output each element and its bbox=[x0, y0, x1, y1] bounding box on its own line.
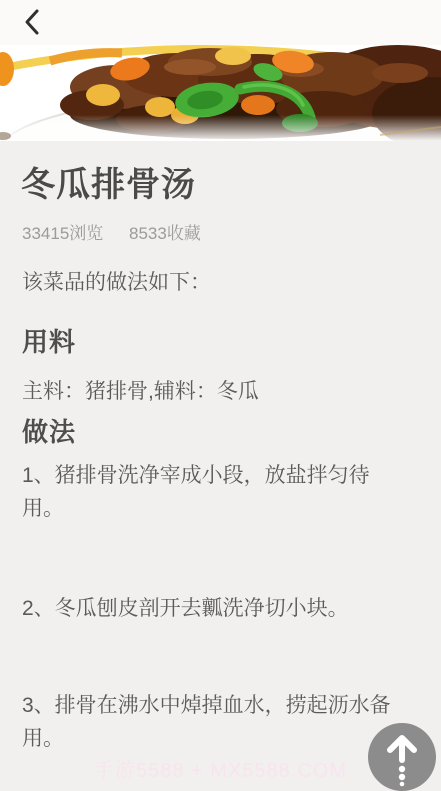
dish-photo bbox=[0, 45, 441, 141]
recipe-screen: 冬瓜排骨汤 33415浏览 8533收藏 该菜品的做法如下： 用料 主料：猪排骨… bbox=[0, 0, 441, 791]
page-title: 冬瓜排骨汤 bbox=[21, 163, 196, 207]
stats-row: 33415浏览 8533收藏 bbox=[22, 221, 201, 241]
app-bar bbox=[0, 0, 441, 45]
method-step-2: 2、冬瓜刨皮剖开去瓤洗净切小块。 bbox=[22, 592, 398, 625]
ingredients-heading: 用料 bbox=[22, 325, 76, 359]
chevron-left-icon bbox=[24, 8, 40, 39]
method-step-1: 1、猪排骨洗净宰成小段，放盐拌匀待用。 bbox=[22, 459, 398, 525]
back-button[interactable] bbox=[12, 4, 52, 42]
intro-text: 该菜品的做法如下： bbox=[22, 268, 211, 298]
views-count: 33415浏览 bbox=[22, 224, 103, 241]
method-heading: 做法 bbox=[22, 415, 76, 449]
method-step-3: 3、排骨在沸水中焯掉血水，捞起沥水备用。 bbox=[22, 689, 398, 755]
ingredients-line: 主料：猪排骨,辅料：冬瓜 bbox=[22, 377, 259, 407]
favorites-count: 8533收藏 bbox=[129, 224, 201, 241]
